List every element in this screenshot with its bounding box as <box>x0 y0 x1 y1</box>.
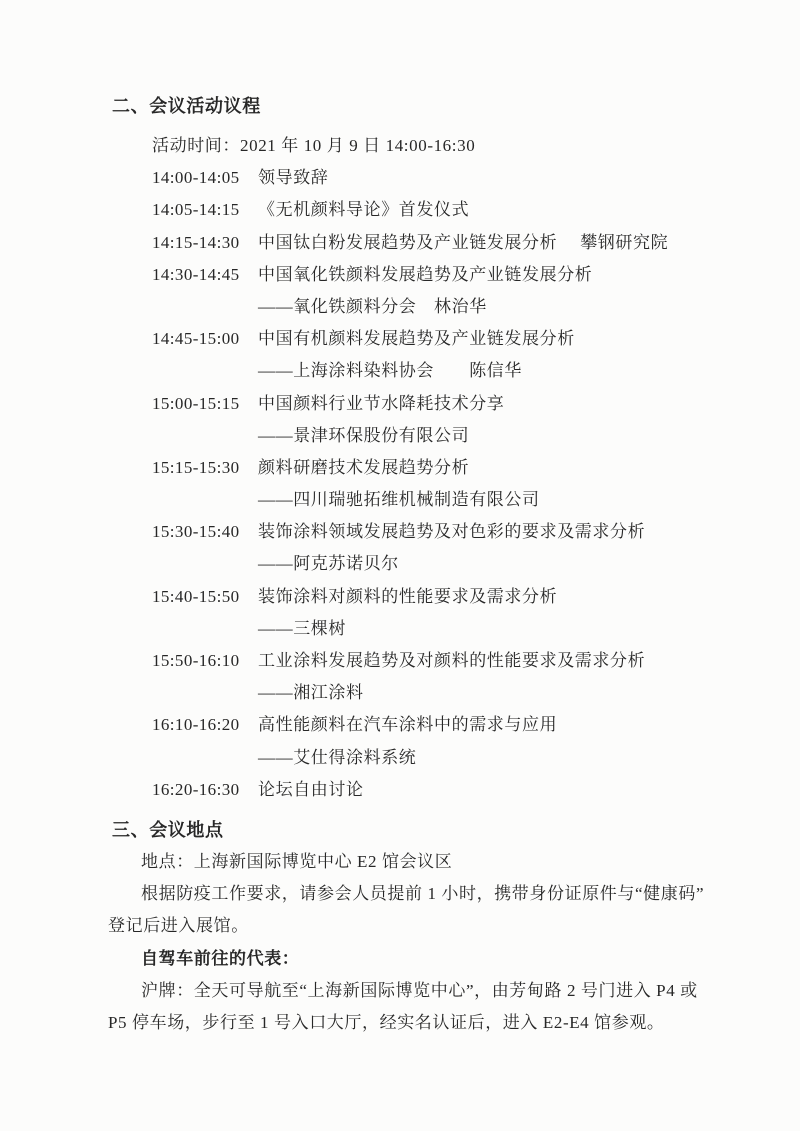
agenda-topic: 中国氧化铁颜料发展趋势及产业链发展分析 <box>258 265 592 284</box>
agenda-presenter-line: ——湘江涂料 <box>152 677 800 709</box>
agenda-time: 16:10-16:20 <box>152 709 258 741</box>
driving-directions-line-1: 沪牌：全天可导航至“上海新国际博览中心”，由芳甸路 2 号门进入 P4 或 <box>141 975 800 1007</box>
agenda-topic: 中国钛白粉发展趋势及产业链发展分析 <box>258 233 557 252</box>
document-page: 二、会议活动议程 活动时间：2021 年 10 月 9 日 14:00-16:3… <box>0 0 800 1131</box>
epidemic-notice-line-2: 登记后进入展馆。 <box>108 910 800 942</box>
agenda-presenter-line: ——上海涂料染料协会 陈信华 <box>152 355 800 387</box>
agenda-time: 14:15-14:30 <box>152 227 258 259</box>
agenda-row: 14:00-14:05领导致辞 <box>152 162 800 194</box>
agenda-topic: 中国颜料行业节水降耗技术分享 <box>258 394 504 413</box>
agenda-row: 14:05-14:15《无机颜料导论》首发仪式 <box>152 194 800 226</box>
agenda-time: 15:00-15:15 <box>152 388 258 420</box>
agenda-time: 15:15-15:30 <box>152 452 258 484</box>
agenda-topic: 工业涂料发展趋势及对颜料的性能要求及需求分析 <box>258 651 645 670</box>
agenda-topic: 论坛自由讨论 <box>258 780 364 799</box>
agenda-presenter-line: ——四川瑞驰拓维机械制造有限公司 <box>152 484 800 516</box>
epidemic-notice-line-1: 根据防疫工作要求，请参会人员提前 1 小时，携带身份证原件与“健康码” <box>141 878 800 910</box>
agenda-presenter: 攀钢研究院 <box>580 233 668 252</box>
agenda-time: 15:50-16:10 <box>152 645 258 677</box>
agenda-row: 14:15-14:30中国钛白粉发展趋势及产业链发展分析攀钢研究院 <box>152 227 800 259</box>
agenda-presenter-line: ——景津环保股份有限公司 <box>152 420 800 452</box>
agenda-row: 15:30-15:40装饰涂料领域发展趋势及对色彩的要求及需求分析 <box>152 516 800 548</box>
agenda-time: 16:20-16:30 <box>152 774 258 806</box>
section-location-heading: 三、会议地点 <box>112 814 800 846</box>
agenda-time: 14:30-14:45 <box>152 259 258 291</box>
agenda-topic: 颜料研磨技术发展趋势分析 <box>258 458 469 477</box>
section-agenda-heading: 二、会议活动议程 <box>112 90 800 122</box>
driving-heading: 自驾车前往的代表： <box>141 943 800 975</box>
driving-directions-line-2: P5 停车场，步行至 1 号入口大厅，经实名认证后，进入 E2-E4 馆参观。 <box>108 1007 800 1039</box>
agenda-topic: 《无机颜料导论》首发仪式 <box>258 200 469 219</box>
agenda-topic: 装饰涂料领域发展趋势及对色彩的要求及需求分析 <box>258 522 645 541</box>
agenda-row: 14:30-14:45中国氧化铁颜料发展趋势及产业链发展分析 <box>152 259 800 291</box>
agenda-presenter-line: ——艾仕得涂料系统 <box>152 742 800 774</box>
agenda-row: 15:15-15:30颜料研磨技术发展趋势分析 <box>152 452 800 484</box>
agenda-presenter-line: ——氧化铁颜料分会 林治华 <box>152 291 800 323</box>
agenda-time: 14:00-14:05 <box>152 162 258 194</box>
agenda-topic: 高性能颜料在汽车涂料中的需求与应用 <box>258 715 557 734</box>
agenda-topic: 装饰涂料对颜料的性能要求及需求分析 <box>258 587 557 606</box>
agenda-row: 16:10-16:20高性能颜料在汽车涂料中的需求与应用 <box>152 709 800 741</box>
agenda-row: 15:00-15:15中国颜料行业节水降耗技术分享 <box>152 388 800 420</box>
agenda-presenter-line: ——三棵树 <box>152 613 800 645</box>
agenda-topic: 领导致辞 <box>258 168 328 187</box>
agenda-topic: 中国有机颜料发展趋势及产业链发展分析 <box>258 329 575 348</box>
agenda-row: 15:40-15:50装饰涂料对颜料的性能要求及需求分析 <box>152 581 800 613</box>
agenda-time: 14:05-14:15 <box>152 194 258 226</box>
event-time-line: 活动时间：2021 年 10 月 9 日 14:00-16:30 <box>152 130 800 162</box>
agenda-time: 15:30-15:40 <box>152 516 258 548</box>
agenda-row: 14:45-15:00中国有机颜料发展趋势及产业链发展分析 <box>152 323 800 355</box>
agenda-time: 15:40-15:50 <box>152 581 258 613</box>
agenda-presenter-line: ——阿克苏诺贝尔 <box>152 548 800 580</box>
agenda-time: 14:45-15:00 <box>152 323 258 355</box>
location-address-line: 地点：上海新国际博览中心 E2 馆会议区 <box>141 846 800 878</box>
agenda-row: 15:50-16:10工业涂料发展趋势及对颜料的性能要求及需求分析 <box>152 645 800 677</box>
agenda-row: 16:20-16:30论坛自由讨论 <box>152 774 800 806</box>
agenda-list: 14:00-14:05领导致辞 14:05-14:15《无机颜料导论》首发仪式 … <box>152 162 800 806</box>
